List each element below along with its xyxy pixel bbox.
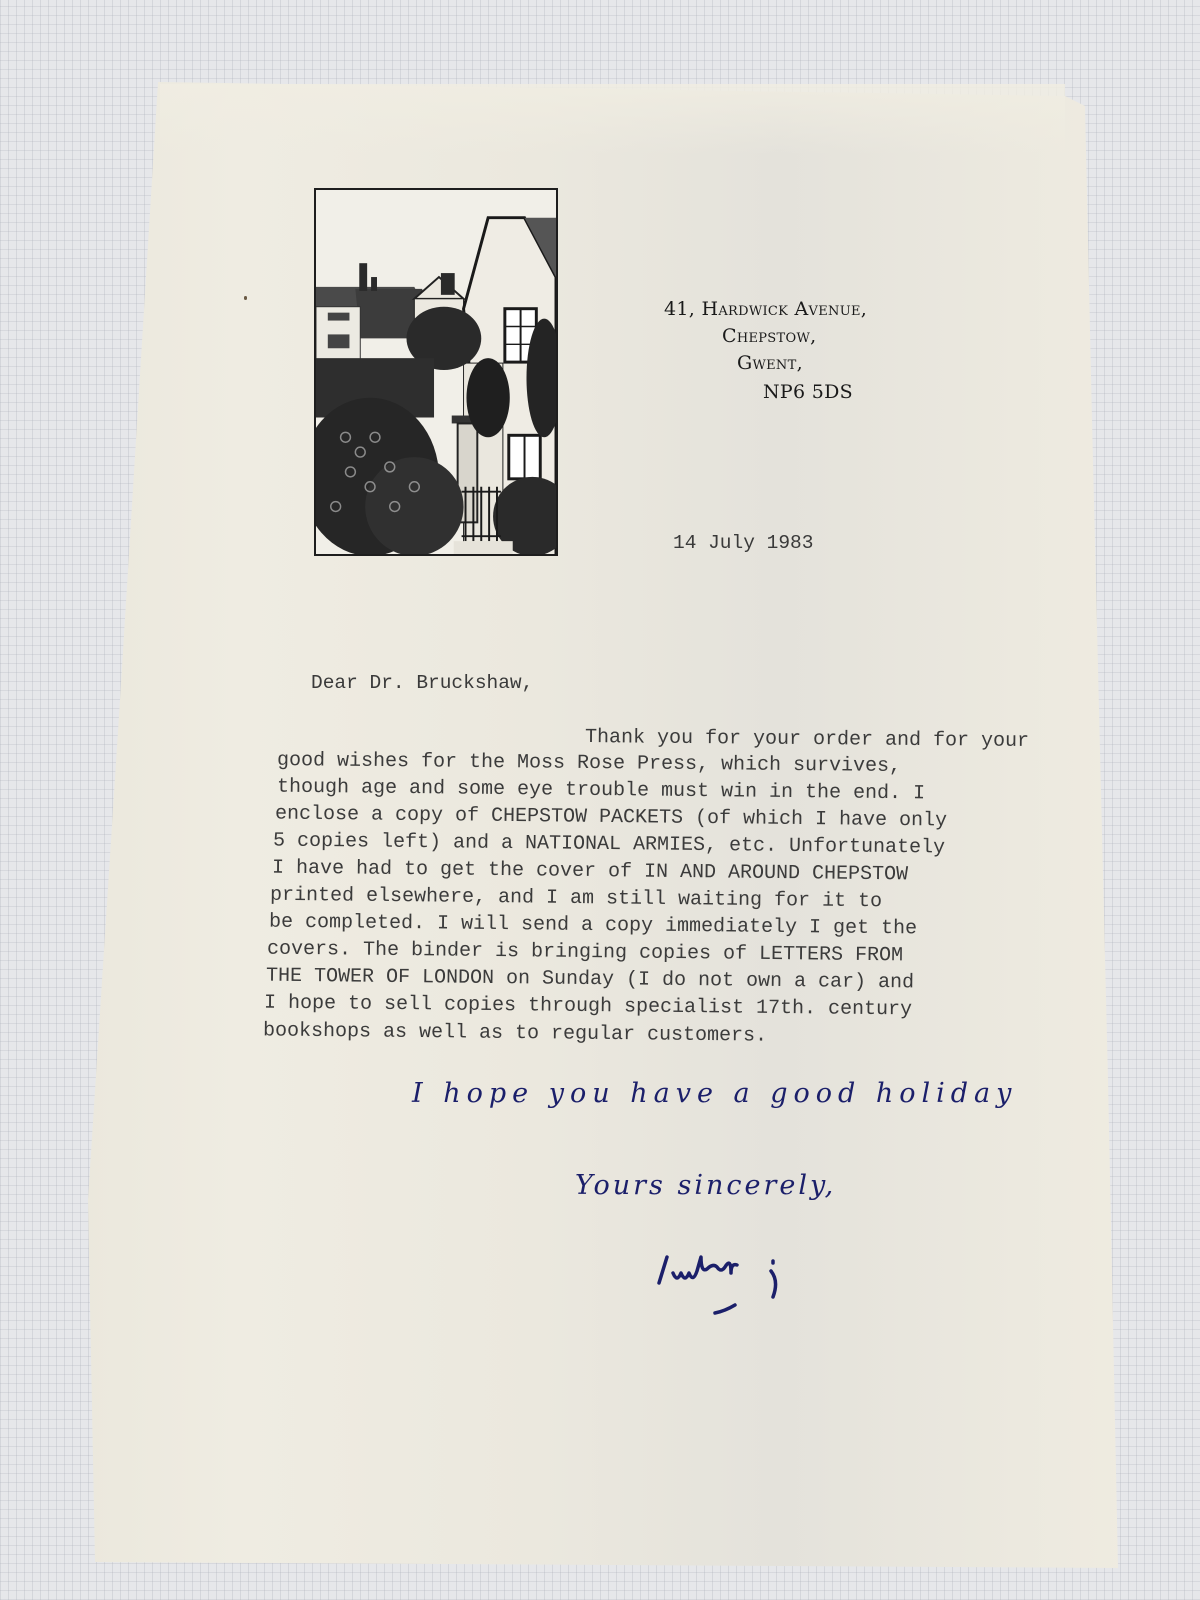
handwritten-closing: Yours sincerely, [575, 1170, 836, 1201]
signature-icon [655, 1245, 825, 1320]
body-line: Thank you for your order and for your [585, 726, 1029, 753]
address-postcode: NP6 5DS [763, 381, 853, 403]
paper-speck [244, 296, 247, 300]
handwritten-postscript: I hope you have a good holiday [412, 1078, 1017, 1109]
letter-date: 14 July 1983 [673, 532, 813, 554]
address-town: Chepstow, [722, 325, 816, 347]
letterhead-illustration [314, 188, 558, 556]
paper-fold-shadow [160, 84, 1065, 154]
cottage-garden-engraving-icon [316, 190, 556, 554]
salutation: Dear Dr. Bruckshaw, [311, 672, 533, 694]
address-county: Gwent, [737, 352, 803, 374]
address-street: 41, Hardwick Avenue, [664, 298, 867, 320]
